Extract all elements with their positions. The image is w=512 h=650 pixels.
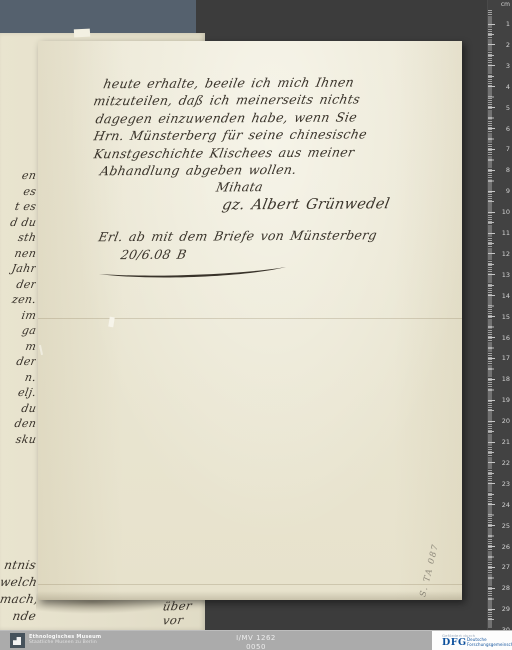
fragment-line: d du (0, 216, 36, 232)
ruler-cm-label: 24 (496, 501, 510, 509)
ruler-cm-tick (488, 337, 495, 338)
ruler-cm-label: 10 (496, 208, 510, 216)
ruler-cm-label: 9 (496, 187, 510, 195)
scan-viewport: enest esd dusthnenJahrderzen.imgamdern.e… (0, 0, 512, 650)
ruler-cm-tick (488, 24, 495, 25)
ruler-cm-tick (488, 442, 495, 443)
ruler-cm-tick (488, 233, 495, 234)
fragment-line: welch (0, 574, 36, 591)
ruler-cm-label: 11 (496, 229, 510, 237)
ruler-cm-tick (488, 253, 495, 254)
ruler-cm-label: 12 (496, 250, 510, 258)
ruler-cm-tick (488, 44, 495, 45)
ruler-cm-label: 18 (496, 375, 510, 383)
fold-crease (38, 318, 462, 319)
ruler-cm-tick (488, 86, 495, 87)
funder-logo-box: Gefördert durch DFG Deutsche Forschungsg… (432, 631, 512, 650)
fragment-line: elj. (0, 386, 36, 402)
ruler-cm-tick (488, 128, 495, 129)
ruler-cm-label: 13 (496, 271, 510, 279)
left-page-text-fragments-lower: ntniswelchmach,nde (0, 557, 36, 625)
ruler-cm-tick (488, 65, 495, 66)
ruler-cm-label: 19 (496, 396, 510, 404)
backdrop-blue-card (0, 0, 196, 34)
ruler-cm-tick (488, 504, 495, 505)
fragment-line: ntnis (0, 557, 36, 574)
ruler-cm-label: 20 (496, 417, 510, 425)
ruler-cm-label: 29 (496, 605, 510, 613)
fragment-line: zen. (0, 293, 36, 309)
ruler-cm-tick (488, 212, 495, 213)
ruler-cm-tick (488, 421, 495, 422)
ruler-cm-tick (488, 149, 495, 150)
ruler-cm-label: 15 (496, 313, 510, 321)
handwritten-letter-text: heute erhalte, beeile ich mich Ihnenmitz… (93, 74, 466, 264)
ruler-cm-tick (488, 546, 495, 547)
ruler-cm-label: 2 (496, 41, 510, 49)
ruler-cm-tick (488, 462, 495, 463)
ruler-cm-tick (488, 358, 495, 359)
letter-line: gz. Albert Grünwedel (221, 195, 468, 214)
ruler-cm-tick (488, 567, 495, 568)
ruler-cm-label: 7 (496, 145, 510, 153)
ruler-cm-tick (488, 274, 495, 275)
letter-line: 20/6.08 B (119, 244, 468, 264)
fragment-line: du (0, 402, 36, 418)
fragment-line: nde (0, 608, 36, 625)
ruler-cm-label: 22 (496, 459, 510, 467)
fragment-line: nen (0, 247, 36, 263)
signature-flourish-underline (96, 265, 292, 281)
funder-name: Deutsche Forschungsgemeinschaft (467, 638, 512, 648)
cm-ruler: cm 1234567891011121314151617181920212223… (487, 0, 512, 630)
ruler-cm-tick (488, 295, 495, 296)
ruler-cm-label: 8 (496, 166, 510, 174)
left-page-text-fragments: enest esd dusthnenJahrderzen.imgamdern.e… (0, 169, 36, 448)
page-bottom-shade (38, 591, 462, 600)
letter-line: Mihata (215, 178, 468, 197)
ruler-cm-tick (488, 609, 495, 610)
fragment-line: der (0, 278, 36, 294)
ruler-cm-label: 27 (496, 563, 510, 571)
ruler-cm-label: 28 (496, 584, 510, 592)
fragment-line: en (0, 169, 36, 185)
ruler-unit-label: cm (496, 1, 510, 8)
ruler-cm-label: 5 (496, 104, 510, 112)
ruler-cm-label: 26 (496, 543, 510, 551)
ruler-cm-tick (488, 107, 495, 108)
fragment-line: den (0, 417, 36, 433)
under-page-word: über (162, 598, 194, 613)
ruler-cm-label: 14 (496, 292, 510, 300)
fragment-line: sku (0, 433, 36, 449)
ruler-cm-tick (488, 379, 495, 380)
dfg-logo: DFG (442, 637, 467, 648)
ruler-cm-label: 1 (496, 20, 510, 28)
fragment-line: sth (0, 231, 36, 247)
ruler-cm-label: 16 (496, 334, 510, 342)
letter-line: Erl. ab mit dem Briefe von Münsterberg (97, 227, 468, 247)
fragment-line: ga (0, 324, 36, 340)
fragment-line: n. (0, 371, 36, 387)
underlying-page-words: übervor (163, 599, 192, 627)
footer-bar: Ethnologisches Museum Staatliche Museen … (0, 630, 512, 650)
fragment-line: m (0, 340, 36, 356)
ruler-cm-label: 21 (496, 438, 510, 446)
funder-name-line2: Forschungsgemeinschaft (467, 643, 512, 648)
ruler-cm-tick (488, 191, 495, 192)
fold-crease (38, 584, 462, 585)
ruler-cm-tick (488, 316, 495, 317)
fragment-line: mach, (0, 591, 36, 608)
ruler-cm-label: 6 (496, 125, 510, 133)
ruler-cm-tick (488, 525, 495, 526)
ruler-cm-label: 23 (496, 480, 510, 488)
ruler-cm-label: 25 (496, 522, 510, 530)
fragment-line: Jahr (0, 262, 36, 278)
ruler-cm-label: 4 (496, 83, 510, 91)
ruler-cm-tick (488, 483, 495, 484)
fragment-line: es (0, 185, 36, 201)
fragment-line: der (0, 355, 36, 371)
ruler-cm-tick (488, 170, 495, 171)
fragment-line: t es (0, 200, 36, 216)
ruler-cm-tick (488, 588, 495, 589)
under-page-word: vor (162, 612, 194, 627)
ruler-half-cm-ticks (488, 34, 494, 630)
ruler-cm-tick (488, 400, 495, 401)
letter-page: heute erhalte, beeile ich mich Ihnenmitz… (38, 41, 462, 600)
fragment-line: im (0, 309, 36, 325)
letter-line: Hrn. Münsterberg für seine chinesische (92, 126, 467, 146)
ruler-cm-label: 3 (496, 62, 510, 70)
ruler-cm-label: 17 (496, 354, 510, 362)
paper-chip (74, 29, 90, 38)
